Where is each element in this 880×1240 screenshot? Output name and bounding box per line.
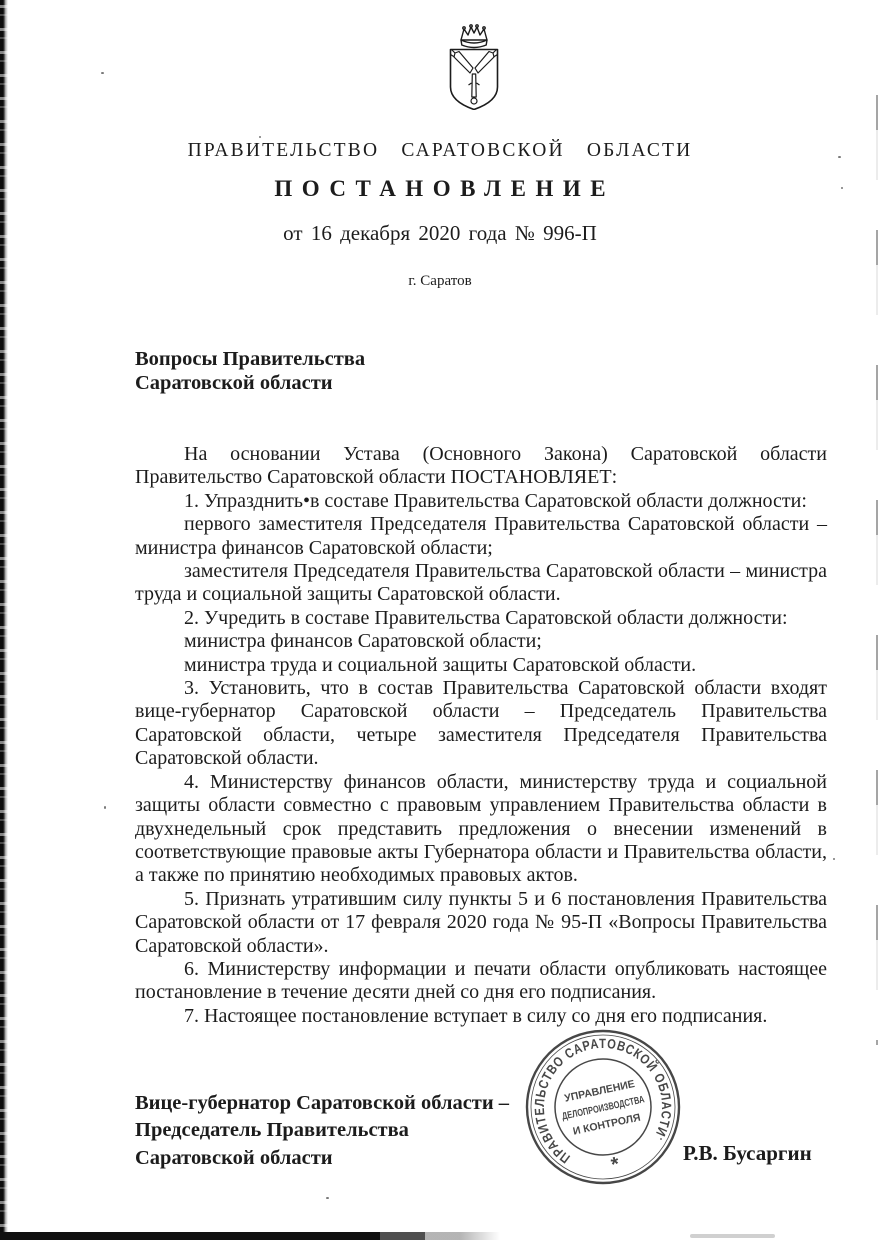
body-paragraph: 3. Установить, что в состав Правительств… <box>135 677 827 771</box>
scan-speck <box>833 858 835 860</box>
body-paragraph: министра труда и социальной защиты Сарат… <box>135 654 827 677</box>
saratov-coat-of-arms-icon <box>449 24 499 110</box>
scan-artifact-bottom-smudge <box>690 1234 775 1238</box>
scan-speck <box>326 1197 329 1199</box>
org-name: ПРАВИТЕЛЬСТВО САРАТОВСКОЙ ОБЛАСТИ <box>0 140 880 162</box>
body-paragraph: 7. Настоящее постановление вступает в си… <box>135 1005 827 1028</box>
subject-heading: Вопросы Правительства Саратовской област… <box>135 348 635 395</box>
body-paragraph: 6. Министерству информации и печати обла… <box>135 958 827 1005</box>
body-paragraph: 5. Признать утратившим силу пункты 5 и 6… <box>135 888 827 958</box>
doc-date-number: от 16 декабря 2020 года № 996-П <box>0 221 880 246</box>
signature-name: Р.В. Бусаргин <box>683 1141 812 1166</box>
subject-line-1: Вопросы Правительства <box>135 348 635 372</box>
scanned-document-page: ПРАВИТЕЛЬСТВО САРАТОВСКОЙ ОБЛАСТИ ПОСТАН… <box>0 0 880 1240</box>
scan-speck <box>259 136 261 138</box>
scan-artifact-bottom-edge <box>0 1232 500 1240</box>
body-paragraph: министра финансов Саратовской области; <box>135 630 827 653</box>
body-paragraph: заместителя Председателя Правительства С… <box>135 560 827 607</box>
body-paragraph: 2. Учредить в составе Правительства Сара… <box>135 607 827 630</box>
scan-speck <box>104 806 106 809</box>
official-round-stamp: ПРАВИТЕЛЬСТВО САРАТОВСКОЙ ОБЛАСТИ * УПРА… <box>516 1020 690 1194</box>
scan-speck <box>101 72 104 74</box>
stamp-asterisk: * <box>609 1153 621 1176</box>
body-paragraph: первого заместителя Председателя Правите… <box>135 513 827 560</box>
doc-city: г. Саратов <box>0 273 880 290</box>
document-body: На основании Устава (Основного Закона) С… <box>135 443 827 1028</box>
subject-line-2: Саратовской области <box>135 372 635 396</box>
doc-type-title: ПОСТАНОВЛЕНИЕ <box>0 176 880 202</box>
body-paragraph: 1. Упразднить•в составе Правительства Са… <box>135 490 827 513</box>
body-paragraph: На основании Устава (Основного Закона) С… <box>135 443 827 490</box>
body-paragraph: 4. Министерству финансов области, минист… <box>135 771 827 888</box>
